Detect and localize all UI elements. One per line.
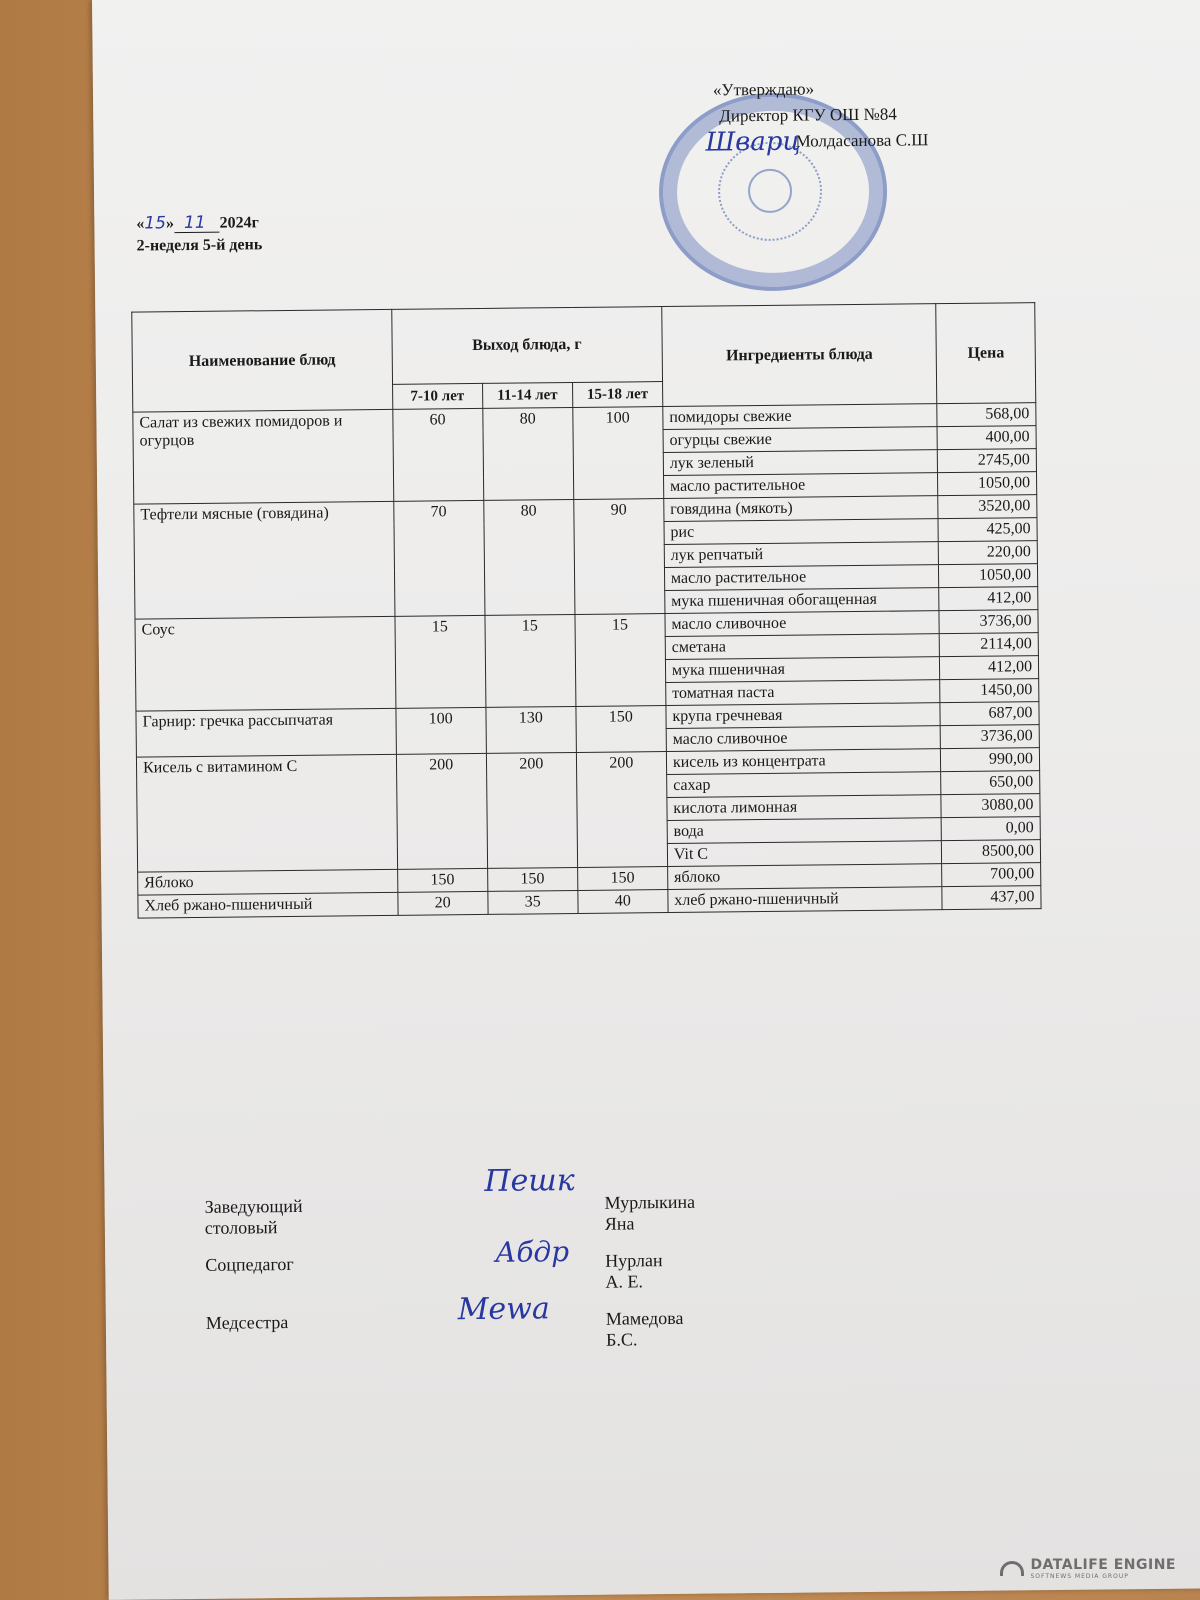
dish-yield: 60: [392, 408, 483, 501]
ingredient-name: хлеб ржано-пшеничный: [668, 887, 943, 913]
ingredient-price: 437,00: [942, 886, 1041, 910]
dish-yield: 40: [578, 890, 668, 914]
date-block: «15»112024г 2-неделя 5-й день: [136, 212, 262, 255]
ingredient-price: 1450,00: [940, 679, 1039, 703]
ingredient-name: огурцы свежие: [663, 427, 938, 453]
week-day: 2-неделя 5-й день: [136, 236, 262, 255]
ingredient-name: кисель из концентрата: [666, 749, 941, 775]
ingredient-name: масло растительное: [663, 473, 938, 499]
dish-yield: 15: [575, 614, 666, 707]
date-day: 15: [144, 213, 166, 233]
ingredient-price: 8500,00: [942, 840, 1041, 864]
ingredient-name: масло сливочное: [666, 726, 941, 752]
dish-yield: 150: [576, 706, 667, 753]
ingredient-price: 990,00: [941, 748, 1040, 772]
ingredient-name: томатная паста: [666, 680, 941, 706]
dish-yield: 15: [395, 615, 486, 708]
signoff-name: Нурлан А. Е.: [605, 1250, 663, 1293]
ingredient-name: помидоры свежие: [663, 404, 938, 430]
dish-yield: 20: [398, 891, 488, 915]
dish-name: Кисель с витамином С: [136, 754, 397, 872]
dish-yield: 15: [485, 614, 576, 707]
header-age-7-10: 7-10 лет: [392, 383, 482, 409]
dish-yield: 100: [573, 407, 664, 500]
signoff-row: Медсестра Меwa Мамедова Б.С.: [206, 1313, 207, 1371]
signoff-role: Соцпедагог: [205, 1254, 294, 1276]
ingredient-price: 568,00: [937, 403, 1036, 427]
signature-mark: Меwa: [458, 1291, 550, 1327]
signoff-role: Медсестра: [206, 1312, 289, 1334]
header-dish: Наименование блюд: [132, 309, 393, 412]
ingredient-name: масло растительное: [664, 565, 939, 591]
ingredient-name: мука пшеничная обогащенная: [665, 588, 940, 614]
ingredient-price: 412,00: [939, 587, 1038, 611]
watermark-title: DATALIFE ENGINE: [1030, 1557, 1176, 1573]
dish-yield: 150: [577, 867, 667, 891]
date-line: «15»112024г: [136, 212, 262, 233]
ingredient-name: вода: [667, 818, 942, 844]
signoff-block: Заведующий столовый Пешк Мурлыкина Яна С…: [205, 1197, 207, 1371]
ingredient-name: лук репчатый: [664, 542, 939, 568]
director-signature: Шварц: [705, 127, 800, 158]
dish-yield: 80: [483, 407, 574, 500]
ingredient-price: 2114,00: [940, 633, 1039, 657]
dish-yield: 130: [486, 706, 577, 753]
ingredient-price: 3736,00: [941, 725, 1040, 749]
ingredient-name: яблоко: [667, 864, 942, 890]
header-age-11-14: 11-14 лет: [482, 382, 572, 408]
dish-name: Соус: [135, 616, 396, 711]
dish-name: Гарнир: гречка рассыпчатая: [136, 708, 396, 757]
datalife-logo-icon: [1000, 1561, 1024, 1576]
signoff-row: Соцпедагог Абдр Нурлан А. Е.: [205, 1255, 206, 1313]
signature-mark: Абдр: [495, 1235, 569, 1269]
date-year: 2024г: [220, 214, 259, 231]
ingredient-name: сахар: [667, 772, 942, 798]
dish-name: Яблоко: [138, 869, 398, 895]
header-price: Цена: [936, 303, 1036, 404]
signoff-role: Заведующий столовый: [205, 1196, 303, 1239]
ingredient-price: 400,00: [937, 426, 1036, 450]
dish-yield: 200: [396, 753, 487, 869]
dish-yield: 35: [488, 890, 578, 914]
header-age-15-18: 15-18 лет: [572, 382, 662, 408]
ingredient-price: 425,00: [938, 518, 1037, 542]
signoff-name: Мамедова Б.С.: [606, 1308, 684, 1351]
dish-yield: 70: [393, 500, 484, 616]
watermark-subtitle: SOFTNEWS MEDIA GROUP: [1030, 1573, 1176, 1580]
ingredient-price: 650,00: [941, 771, 1040, 795]
dish-yield: 100: [396, 707, 487, 754]
ingredient-name: говядина (мякоть): [664, 496, 939, 522]
dish-name: Хлеб ржано-пшеничный: [138, 892, 398, 918]
approval-position: Директор КГУ ОШ №84: [719, 101, 928, 129]
dish-yield: 90: [574, 499, 665, 615]
ingredient-name: крупа гречневая: [666, 703, 941, 729]
dish-name: Салат из свежих помидоров и огурцов: [133, 409, 394, 504]
document-page: «Утверждаю» Директор КГУ ОШ №84 Молдасан…: [92, 0, 1200, 1600]
ingredient-name: кислота лимонная: [667, 795, 942, 821]
header-yield: Выход блюда, г: [391, 307, 662, 385]
approval-name: Молдасанова С.Ш: [795, 127, 928, 154]
watermark: DATALIFE ENGINE SOFTNEWS MEDIA GROUP: [1000, 1557, 1176, 1580]
ingredient-price: 700,00: [942, 863, 1041, 887]
dish-yield: 150: [397, 868, 487, 892]
approval-title: «Утверждаю»: [713, 75, 928, 103]
signoff-name: Мурлыкина Яна: [605, 1192, 696, 1235]
ingredient-price: 3736,00: [939, 610, 1038, 634]
signoff-row: Заведующий столовый Пешк Мурлыкина Яна: [205, 1197, 206, 1255]
ingredient-price: 2745,00: [938, 449, 1037, 473]
emblem-icon: [748, 169, 792, 213]
ingredient-name: лук зеленый: [663, 450, 938, 476]
header-ingredients: Ингредиенты блюда: [662, 304, 938, 407]
signature-mark: Пешк: [484, 1163, 575, 1199]
dish-yield: 150: [487, 867, 577, 891]
ingredient-price: 412,00: [940, 656, 1039, 680]
dish-yield: 200: [576, 752, 667, 868]
dish-yield: 200: [486, 752, 577, 868]
menu-table: Наименование блюд Выход блюда, г Ингреди…: [131, 302, 1041, 918]
ingredient-name: рис: [664, 519, 939, 545]
ingredient-name: мука пшеничная: [665, 657, 940, 683]
ingredient-name: масло сливочное: [665, 611, 940, 637]
ingredient-price: 687,00: [940, 702, 1039, 726]
dish-yield: 80: [483, 499, 574, 615]
ingredient-name: сметана: [665, 634, 940, 660]
ingredient-price: 1050,00: [939, 564, 1038, 588]
ingredient-price: 0,00: [941, 817, 1040, 841]
dish-name: Тефтели мясные (говядина): [134, 501, 395, 619]
ingredient-name: Vit C: [667, 841, 942, 867]
ingredient-price: 3080,00: [941, 794, 1040, 818]
ingredient-price: 3520,00: [938, 495, 1037, 519]
ingredient-price: 1050,00: [938, 472, 1037, 496]
ingredient-price: 220,00: [939, 541, 1038, 565]
date-month: 11: [184, 213, 206, 233]
